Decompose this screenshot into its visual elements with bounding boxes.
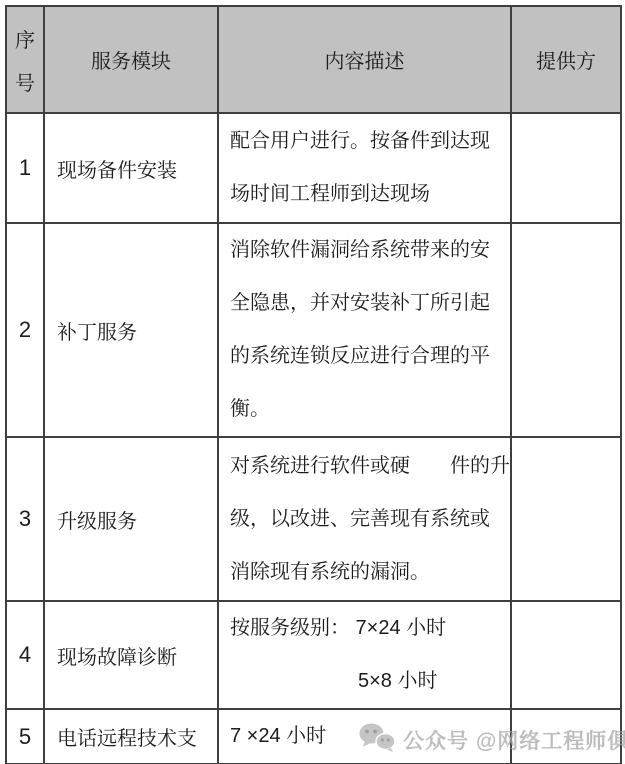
description-cell: 按服务级别： 7×24 小时 5×8 小时 bbox=[218, 601, 511, 709]
module-name: 现场故障诊断 bbox=[44, 601, 218, 709]
description-cell: 7 ×24 小时 bbox=[218, 709, 511, 764]
table-header-row: 序 号 服务模块 内容描述 提供方 bbox=[6, 6, 621, 113]
header-provider: 提供方 bbox=[511, 6, 621, 113]
description-line: 5×8 小时 bbox=[358, 655, 506, 708]
description-line: 7 ×24 小时 bbox=[230, 710, 506, 763]
description-line: 对系统进行软件或硬 件的升 bbox=[230, 440, 506, 493]
description-line: 级，以改进、完善现有系统或 bbox=[230, 493, 506, 546]
header-seq-line1: 序 bbox=[15, 24, 35, 53]
row-number: 4 bbox=[6, 601, 44, 709]
provider-cell bbox=[511, 113, 621, 223]
description-cell: 对系统进行软件或硬 件的升 级，以改进、完善现有系统或 消除现有系统的漏洞。 bbox=[218, 437, 511, 601]
table-row: 4 现场故障诊断 按服务级别： 7×24 小时 5×8 小时 bbox=[6, 601, 621, 709]
header-seq: 序 号 bbox=[6, 6, 44, 113]
row-number: 1 bbox=[6, 113, 44, 223]
module-name: 现场备件安装 bbox=[44, 113, 218, 223]
module-name: 升级服务 bbox=[44, 437, 218, 601]
header-description: 内容描述 bbox=[218, 6, 511, 113]
document-page: 序 号 服务模块 内容描述 提供方 1 现场备件安装 配合用户进行。按备件到达现… bbox=[0, 0, 625, 764]
table-row: 2 补丁服务 消除软件漏洞给系统带来的安 全隐患，并对安装补丁所引起 的系统连锁… bbox=[6, 223, 621, 437]
description-cell: 配合用户进行。按备件到达现 场时间工程师到达现场 bbox=[218, 113, 511, 223]
provider-cell bbox=[511, 437, 621, 601]
table-row: 1 现场备件安装 配合用户进行。按备件到达现 场时间工程师到达现场 bbox=[6, 113, 621, 223]
row-number: 5 bbox=[6, 709, 44, 764]
description-line: 配合用户进行。按备件到达现 bbox=[230, 115, 506, 168]
row-number: 3 bbox=[6, 437, 44, 601]
description-cell: 消除软件漏洞给系统带来的安 全隐患，并对安装补丁所引起 的系统连锁反应进行合理的… bbox=[218, 223, 511, 437]
header-seq-stack: 序 号 bbox=[7, 10, 43, 110]
module-name: 补丁服务 bbox=[44, 223, 218, 437]
table-row: 3 升级服务 对系统进行软件或硬 件的升 级，以改进、完善现有系统或 消除现有系… bbox=[6, 437, 621, 601]
header-seq-line2: 号 bbox=[15, 67, 35, 96]
description-line: 全隐患，并对安装补丁所引起 bbox=[230, 277, 506, 330]
table-row: 5 电话远程技术支 7 ×24 小时 bbox=[6, 709, 621, 764]
header-module: 服务模块 bbox=[44, 6, 218, 113]
provider-cell bbox=[511, 601, 621, 709]
row-number: 2 bbox=[6, 223, 44, 437]
description-line: 按服务级别： 7×24 小时 bbox=[230, 602, 506, 655]
description-line: 场时间工程师到达现场 bbox=[230, 168, 506, 221]
description-line: 衡。 bbox=[230, 383, 506, 436]
description-line: 消除现有系统的漏洞。 bbox=[230, 546, 506, 599]
provider-cell bbox=[511, 709, 621, 764]
module-name: 电话远程技术支 bbox=[44, 709, 218, 764]
description-line: 消除软件漏洞给系统带来的安 bbox=[230, 224, 506, 277]
service-table: 序 号 服务模块 内容描述 提供方 1 现场备件安装 配合用户进行。按备件到达现… bbox=[5, 5, 622, 764]
provider-cell bbox=[511, 223, 621, 437]
description-line: 的系统连锁反应进行合理的平 bbox=[230, 330, 506, 383]
